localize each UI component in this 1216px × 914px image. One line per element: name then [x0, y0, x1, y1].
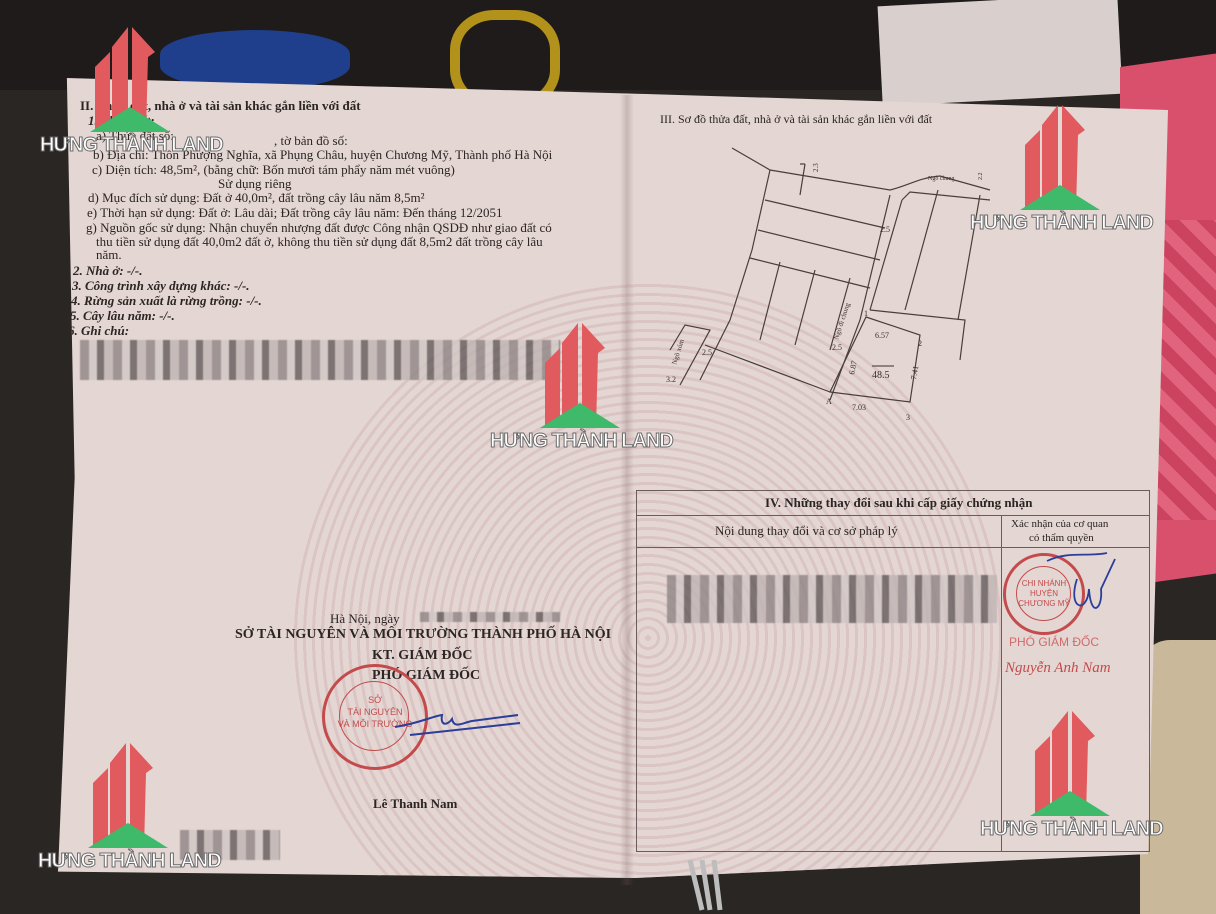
- item3-other-construction: 3. Công trình xây dựng khác: -/-.: [72, 278, 250, 293]
- diagram-vertex-2: 2: [918, 339, 922, 348]
- diagram-label-2-5-mid: 2.5: [832, 343, 842, 352]
- left-signature: [390, 705, 530, 745]
- diagram-label-alley-left: Ngõ xóm: [670, 338, 686, 366]
- diagram-label-2-5-left: 2.5: [702, 348, 712, 357]
- right-signature: [1037, 549, 1127, 629]
- hung-thanh-logo-icon: [1030, 706, 1110, 816]
- diagram-label-alley-top: Ngõ chung: [928, 176, 955, 182]
- redacted-notes: [80, 340, 560, 380]
- diagram-label-alley-common: Ngõ đi chung: [832, 301, 852, 340]
- origin-line-1: g) Nguồn gốc sử dụng: Nhận chuyển nhượng…: [86, 220, 552, 235]
- page-fold: [620, 95, 634, 885]
- kt-director: KT. GIÁM ĐỐC: [372, 648, 472, 663]
- diagram-vertex-1: 1: [864, 309, 868, 318]
- changes-table-header-row: Nội dung thay đổi và cơ sở pháp lý Xác n…: [637, 515, 1149, 548]
- item5-perennial-trees: 5. Cây lâu năm: -/-.: [70, 308, 175, 323]
- right-deputy-title: PHÓ GIÁM ĐỐC: [1009, 635, 1099, 650]
- diagram-label-2-5-top: 2.5: [880, 225, 890, 234]
- item4-forest: 4. Rừng sản xuất là rừng trồng: -/-.: [71, 293, 262, 308]
- origin-line-3: năm.: [96, 247, 122, 262]
- parcel-diagram: 2.5 2.3 Ngõ chung Ngõ đi chung 2.5 Ngõ x…: [640, 140, 1000, 440]
- hung-thanh-logo-icon: [540, 318, 620, 428]
- diagram-edge-A-1: 6.87: [847, 360, 859, 376]
- watermark-text: HƯNG THÀNH LAND: [970, 212, 1153, 235]
- hung-thanh-logo-icon: [88, 738, 168, 848]
- watermark-bottom-left: HƯNG THÀNH LAND: [38, 738, 188, 888]
- issuer-name: SỞ TÀI NGUYÊN VÀ MÔI TRƯỜNG THÀNH PHỐ HÀ…: [235, 627, 611, 642]
- diagram-label-2-3: 2.3: [812, 163, 820, 172]
- diagram-edge-1-2: 6.57: [875, 331, 889, 340]
- diagram-vertex-A: A: [826, 397, 832, 406]
- watermark-bottom-right: HƯNG THÀNH LAND: [980, 706, 1130, 856]
- background-paper: [878, 0, 1123, 106]
- changes-table-title-row: IV. Những thay đổi sau khi cấp giấy chứn…: [637, 491, 1149, 516]
- column-header-confirmation-l2: có thẩm quyền: [1029, 531, 1094, 546]
- usage-form: Sử dụng riêng: [218, 176, 292, 191]
- column-header-confirmation-l1: Xác nhận của cơ quan: [1011, 517, 1108, 532]
- hung-thanh-logo-icon: [1020, 100, 1100, 210]
- watermark-top-left: HƯNG THÀNH LAND: [40, 22, 190, 172]
- keys-icon: [680, 860, 740, 914]
- watermark-text: HƯNG THÀNH LAND: [40, 134, 223, 157]
- diagram-parcel-area: 48.5: [872, 370, 890, 381]
- watermark-text: HƯNG THÀNH LAND: [490, 430, 673, 453]
- item2-house: 2. Nhà ở: -/-.: [73, 263, 142, 278]
- duration: e) Thời hạn sử dụng: Đất ở: Lâu dài; Đất…: [87, 205, 503, 220]
- origin-line-2: thu tiền sử dụng đất 40,0m2 đất ở, không…: [96, 234, 543, 249]
- place-date: Hà Nội, ngày: [330, 611, 400, 626]
- right-section-title: III. Sơ đồ thửa đất, nhà ở và tài sản kh…: [660, 112, 932, 127]
- column-header-content: Nội dung thay đổi và cơ sở pháp lý: [715, 523, 898, 538]
- right-signer-name: Nguyễn Anh Nam: [1005, 661, 1111, 676]
- watermark-text: HƯNG THÀNH LAND: [980, 818, 1163, 841]
- watermark-center: HƯNG THÀNH LAND: [490, 318, 640, 468]
- purpose: d) Mục đích sử dụng: Đất ở 40,0m², đất t…: [88, 190, 425, 205]
- diagram-vertex-3: 3: [906, 413, 910, 422]
- diagram-label-3-2: 3.2: [666, 375, 676, 384]
- item6-notes: 6. Ghi chú:: [68, 323, 129, 338]
- redacted-change-content: [667, 575, 997, 623]
- diagram-edge-3-A: 7.03: [852, 403, 866, 412]
- watermark-top-right: HƯNG THÀNH LAND: [970, 100, 1120, 250]
- watermark-text: HƯNG THÀNH LAND: [38, 850, 221, 873]
- left-signer-name: Lê Thanh Nam: [373, 796, 457, 811]
- hung-thanh-logo-icon: [90, 22, 170, 132]
- changes-table-title: IV. Những thay đổi sau khi cấp giấy chứn…: [765, 495, 1033, 510]
- map-sheet-label: , tờ bản đồ số:: [274, 133, 348, 148]
- diagram-edge-2-3: 7.41: [909, 365, 920, 380]
- redacted-date: [420, 612, 560, 622]
